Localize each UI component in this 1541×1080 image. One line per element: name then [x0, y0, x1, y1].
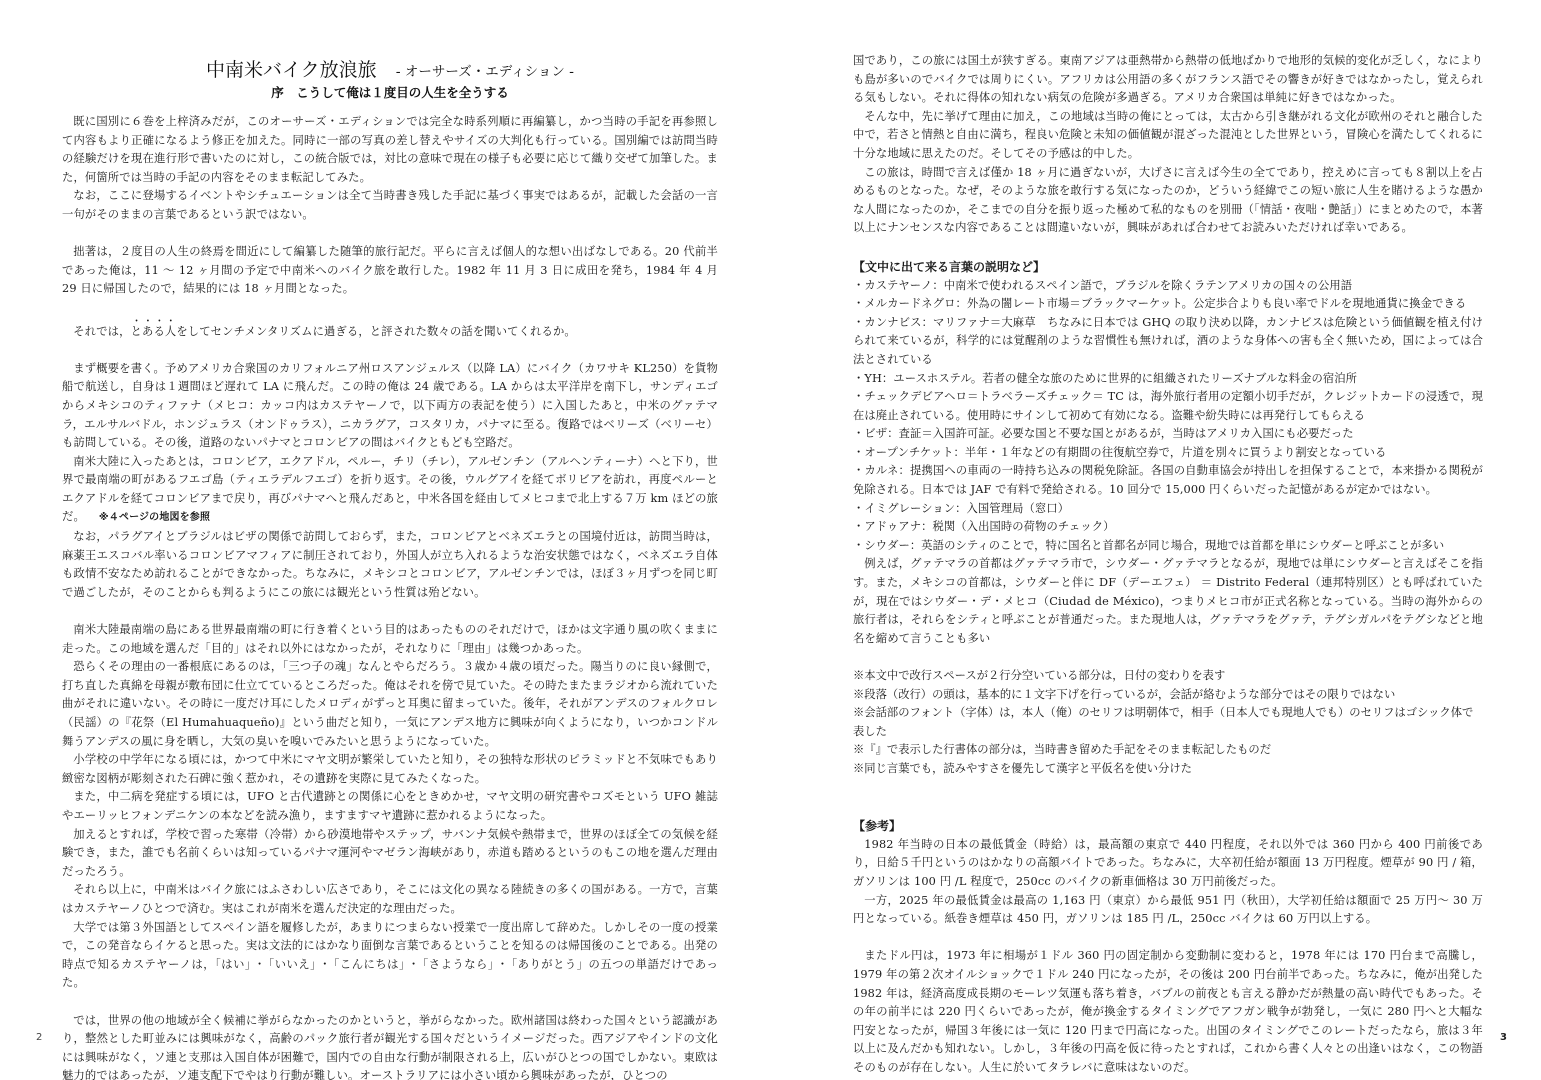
- title-main: 中南米バイク放浪旅: [206, 59, 377, 81]
- page-number: 2: [36, 1032, 42, 1043]
- paragraph: それでは，とある人をしてセンチメンタリズムに過ぎる，と評された数々の話を聞いてく…: [62, 318, 718, 342]
- page-number: 3: [1500, 1032, 1507, 1043]
- paragraph-gap: [62, 993, 718, 1012]
- paragraph: 加えるとすれば，学校で習った寒帯（冷帯）から砂漠地帯やステップ，サバンナ気候や熱…: [62, 826, 718, 882]
- paragraph: またドル円は，1973 年に相場が１ドル 360 円の固定制から変動制に変わると…: [853, 947, 1483, 1077]
- glossary-list: ・カステヤーノ：中南米で使われるスペイン語で，ブラジルを除くラテンアメリカの国々…: [853, 277, 1483, 649]
- paragraph: 恐らくその理由の一番根底にあるのは，「三つ子の魂」なんとやらだろう。３歳か４歳の…: [62, 658, 718, 751]
- glossary-item: ・ビザ：査証＝入国許可証。必要な国と不要な国とがあるが，当時はアメリカ入国にも必…: [853, 425, 1483, 444]
- paragraph-gap: [62, 602, 718, 621]
- note-item: ※本文中で改行スペースが２行分空いている部分は，日付の変わりを表す: [853, 667, 1483, 686]
- paragraph: なお，パラグアイとブラジルはビザの関係で訪問しておらず，また，コロンビアとベネズ…: [62, 528, 718, 602]
- glossary-item: ・カンナビス：マリファナ＝大麻草 ちなみに日本では GHQ の取り決め以降，カン…: [853, 314, 1483, 370]
- emphasized-text: とある人: [131, 325, 177, 338]
- paragraph: では，世界の他の地域が全く候補に挙がらなかったのかというと，挙がらなかった。欧州…: [62, 1012, 718, 1080]
- glossary-item: ・オープンチケット：半年・１年などの有期間の往復航空券で，片道を別々に買うより割…: [853, 444, 1483, 463]
- note-item: ※『』で表示した行書体の部分は，当時書き留めた手記をそのまま転記したものだ: [853, 741, 1483, 760]
- map-reference-note: ※４ページの地図を参照: [99, 512, 210, 523]
- note-item: ※同じ言葉でも，読みやすさを優先して漢字と平仮名を使い分けた: [853, 760, 1483, 779]
- paragraph: 南米大陸に入ったあとは，コロンビア，エクアドル，ペルー，チリ（チレ），アルゼンチ…: [62, 453, 718, 528]
- paragraph: 国であり，この旅には国土が狭すぎる。東南アジアは亜熱帯から熱帯の低地ばかりで地形…: [853, 52, 1483, 108]
- glossary-item: ・チェックデビアヘロ＝トラベラーズチェック＝ TC は，海外旅行者用の定額小切手…: [853, 388, 1483, 425]
- text-run: それでは，: [73, 325, 130, 338]
- paragraph: まず概要を書く。予めアメリカ合衆国のカリフォルニア州ロスアンジェルス（以降 LA…: [62, 360, 718, 453]
- paragraph: また，中二病を発症する頃には，UFO と古代遺跡との関係に心をときめかせ，マヤ文…: [62, 788, 718, 825]
- left-page: 中南米バイク放浪旅 - オーサーズ・エディション - 序 こうして俺は１度目の人…: [0, 0, 770, 1080]
- note-item: ※会話部のフォント（字体）は，本人（俺）のセリフは明朝体で，相手（日本人でも現地…: [853, 704, 1483, 741]
- paragraph: そんな中，先に挙げて理由に加え，この地域は当時の俺にとっては，太古から引き継がれ…: [853, 108, 1483, 164]
- glossary-item: ・イミグレーション：入国管理局（窓口）: [853, 500, 1483, 519]
- editorial-notes: ※本文中で改行スペースが２行分空いている部分は，日付の変わりを表す ※段落（改行…: [853, 667, 1483, 779]
- book-title: 中南米バイク放浪旅 - オーサーズ・エディション -: [62, 57, 718, 83]
- paragraph-gap: [62, 225, 718, 244]
- paragraph: この旅は，時間で言えば僅か 18 ヶ月に過ぎないが，大げさに言えば今生の全てであ…: [853, 164, 1483, 238]
- reference-heading: 【参考】: [853, 816, 1483, 836]
- paragraph: 1982 年当時の日本の最低賃金（時給）は，最高額の東京で 440 円程度，それ…: [853, 836, 1483, 892]
- title-edition: - オーサーズ・エディション -: [396, 64, 574, 80]
- paragraph-gap: [853, 797, 1483, 816]
- glossary-item: ・メルカードネグロ：外為の闇レート市場＝ブラックマーケット。公定歩合よりも良い率…: [853, 295, 1483, 314]
- paragraph: 拙著は，２度目の人生の終焉を間近にして編纂した随筆的旅行記だ。平らに言えば個人的…: [62, 243, 718, 299]
- glossary-item: ・カステヤーノ：中南米で使われるスペイン語で，ブラジルを除くラテンアメリカの国々…: [853, 277, 1483, 296]
- paragraph: 大学では第３外国語としてスペイン語を履修したが，あまりにつまらない授業で一度出席…: [62, 919, 718, 993]
- paragraph-gap: [62, 341, 718, 360]
- paragraph-gap: [62, 299, 718, 318]
- paragraph: 一方，2025 年の最低賃金は最高の 1,163 円（東京）から最低 951 円…: [853, 892, 1483, 929]
- glossary-item: ・アドゥアナ：税関（入出国時の荷物のチェック）: [853, 518, 1483, 537]
- paragraph: 小学校の中学年になる頃には，かつて中米にマヤ文明が繁栄していたと知り，その独特な…: [62, 751, 718, 788]
- paragraph-gap: [853, 779, 1483, 798]
- glossary-heading: 【文中に出て来る言葉の説明など】: [853, 257, 1483, 277]
- glossary-item: ・カルネ：提携国への車両の一時持ち込みの関税免除証。各国の自動車協会が持出しを担…: [853, 462, 1483, 499]
- text-run: をしてセンチメンタリズムに過ぎる，と評された数々の話を聞いてくれるか。: [176, 325, 576, 338]
- note-item: ※段落（改行）の頭は，基本的に１文字下げを行っているが，会話が絡むような部分では…: [853, 686, 1483, 705]
- paragraph-gap: [853, 929, 1483, 948]
- paragraph: 南米大陸最南端の島にある世界最南端の町に行き着くという目的はあったもののそれだけ…: [62, 621, 718, 658]
- glossary-item: ・YH：ユースホステル。若者の健全な旅のために世界的に組織されたリーズナブルな料…: [853, 370, 1483, 389]
- paragraph-gap: [853, 648, 1483, 667]
- chapter-subtitle: 序 こうして俺は１度目の人生を全うする: [62, 83, 718, 103]
- paragraph: なお，ここに登場するイベントやシチュエーションは全て当時書き残した手記に基づく事…: [62, 187, 718, 224]
- glossary-example: 例えば，グァテマラの首都はグァテマラ市で，シウダー・グァテマラとなるが，現地では…: [853, 555, 1483, 648]
- paragraph-gap: [853, 238, 1483, 257]
- paragraph: 既に国別に６巻を上梓済みだが，このオーサーズ・エディションでは完全な時系列順に再…: [62, 113, 718, 187]
- glossary-item: ・シウダー：英語のシティのことで，特に国名と首都名が同じ場合，現地では首都を単に…: [853, 537, 1483, 556]
- left-column: 中南米バイク放浪旅 - オーサーズ・エディション - 序 こうして俺は１度目の人…: [62, 57, 718, 1080]
- right-page: 国であり，この旅には国土が狭すぎる。東南アジアは亜熱帯から熱帯の低地ばかりで地形…: [770, 0, 1541, 1080]
- paragraph: それら以上に，中南米はバイク旅にはふさわしい広さであり，そこには文化の異なる陸続…: [62, 881, 718, 918]
- right-column: 国であり，この旅には国土が狭すぎる。東南アジアは亜熱帯から熱帯の低地ばかりで地形…: [853, 52, 1483, 1077]
